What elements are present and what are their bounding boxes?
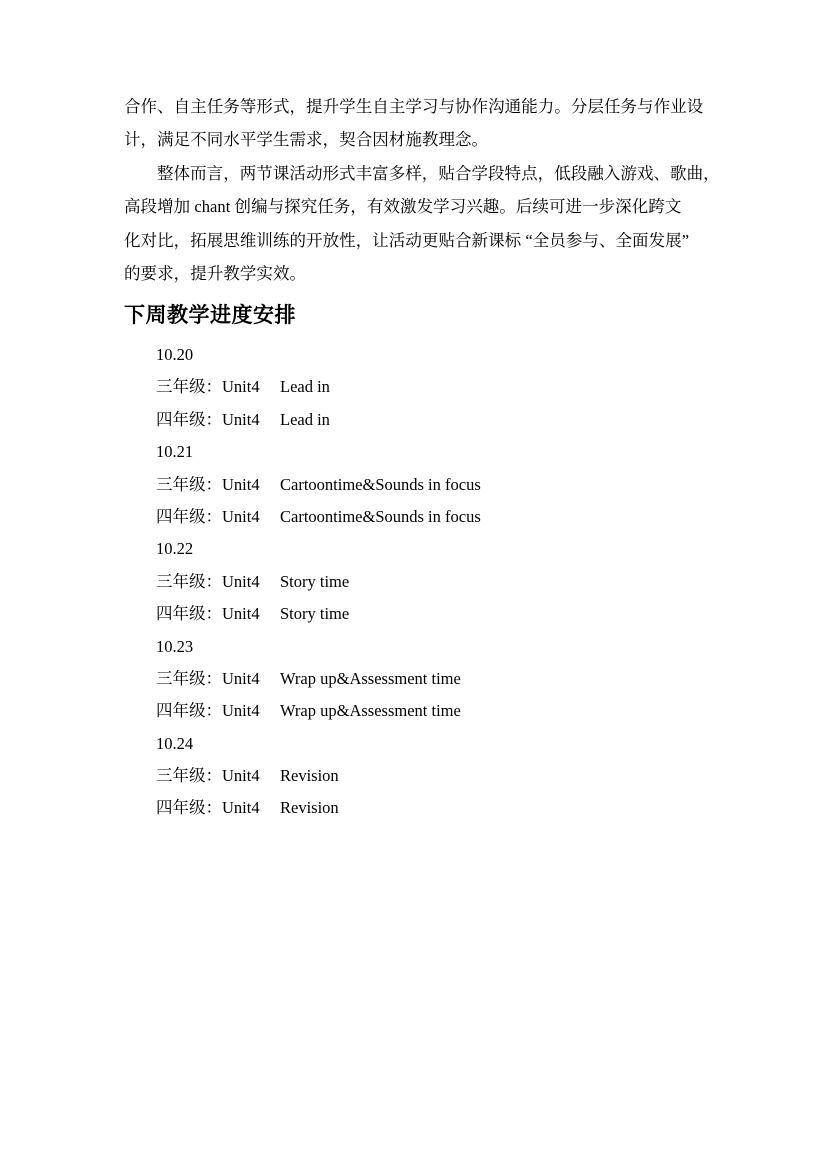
activity-label: Story time: [280, 598, 349, 630]
schedule-row: 三年级：Unit4Story time: [156, 566, 481, 598]
paragraph-1-line-2: 计，满足不同水平学生需求，契合因材施教理念。: [124, 123, 724, 156]
activity-label: Wrap up&Assessment time: [280, 663, 461, 695]
schedule-list: 10.20 三年级：Unit4Lead in 四年级：Unit4Lead in …: [156, 339, 481, 825]
unit-label: Unit4: [222, 760, 280, 792]
grade-label: 三年级：: [156, 566, 222, 598]
activity-label: Wrap up&Assessment time: [280, 695, 461, 727]
unit-label: Unit4: [222, 792, 280, 824]
activity-label: Revision: [280, 760, 339, 792]
schedule-date: 10.24: [156, 728, 481, 760]
paragraph-1: 合作、自主任务等形式，提升学生自主学习与协作沟通能力。分层任务与作业设 计，满足…: [124, 90, 724, 157]
schedule-row: 三年级：Unit4Lead in: [156, 371, 481, 403]
schedule-row: 三年级：Unit4Wrap up&Assessment time: [156, 663, 481, 695]
schedule-date: 10.22: [156, 533, 481, 565]
grade-label: 四年级：: [156, 695, 222, 727]
schedule-row: 四年级：Unit4Revision: [156, 792, 481, 824]
activity-label: Story time: [280, 566, 349, 598]
activity-label: Lead in: [280, 404, 330, 436]
schedule-row: 四年级：Unit4Wrap up&Assessment time: [156, 695, 481, 727]
grade-label: 三年级：: [156, 663, 222, 695]
paragraph-1-line-1: 合作、自主任务等形式，提升学生自主学习与协作沟通能力。分层任务与作业设: [124, 90, 724, 123]
unit-label: Unit4: [222, 404, 280, 436]
schedule-date: 10.23: [156, 631, 481, 663]
unit-label: Unit4: [222, 469, 280, 501]
paragraph-2-line-4: 的要求，提升教学实效。: [124, 257, 724, 290]
unit-label: Unit4: [222, 566, 280, 598]
schedule-row: 四年级：Unit4Cartoontime&Sounds in focus: [156, 501, 481, 533]
activity-label: Cartoontime&Sounds in focus: [280, 469, 481, 501]
document-page: 合作、自主任务等形式，提升学生自主学习与协作沟通能力。分层任务与作业设 计，满足…: [0, 0, 827, 1170]
unit-label: Unit4: [222, 598, 280, 630]
section-heading: 下周教学进度安排: [124, 299, 296, 332]
schedule-row: 三年级：Unit4Cartoontime&Sounds in focus: [156, 469, 481, 501]
grade-label: 三年级：: [156, 371, 222, 403]
schedule-row: 四年级：Unit4Story time: [156, 598, 481, 630]
schedule-row: 四年级：Unit4Lead in: [156, 404, 481, 436]
paragraph-2: 整体而言，两节课活动形式丰富多样，贴合学段特点，低段融入游戏、歌曲， 高段增加 …: [124, 157, 724, 291]
activity-label: Cartoontime&Sounds in focus: [280, 501, 481, 533]
grade-label: 四年级：: [156, 598, 222, 630]
unit-label: Unit4: [222, 695, 280, 727]
unit-label: Unit4: [222, 663, 280, 695]
activity-label: Lead in: [280, 371, 330, 403]
schedule-date: 10.21: [156, 436, 481, 468]
grade-label: 三年级：: [156, 469, 222, 501]
paragraph-2-line-2: 高段增加 chant 创编与探究任务，有效激发学习兴趣。后续可进一步深化跨文: [124, 190, 724, 223]
unit-label: Unit4: [222, 371, 280, 403]
grade-label: 四年级：: [156, 404, 222, 436]
unit-label: Unit4: [222, 501, 280, 533]
grade-label: 三年级：: [156, 760, 222, 792]
schedule-date: 10.20: [156, 339, 481, 371]
paragraph-2-line-3: 化对比，拓展思维训练的开放性，让活动更贴合新课标 “全员参与、全面发展”: [124, 224, 724, 257]
grade-label: 四年级：: [156, 501, 222, 533]
activity-label: Revision: [280, 792, 339, 824]
grade-label: 四年级：: [156, 792, 222, 824]
schedule-row: 三年级：Unit4Revision: [156, 760, 481, 792]
paragraph-2-line-1: 整体而言，两节课活动形式丰富多样，贴合学段特点，低段融入游戏、歌曲，: [124, 157, 724, 190]
